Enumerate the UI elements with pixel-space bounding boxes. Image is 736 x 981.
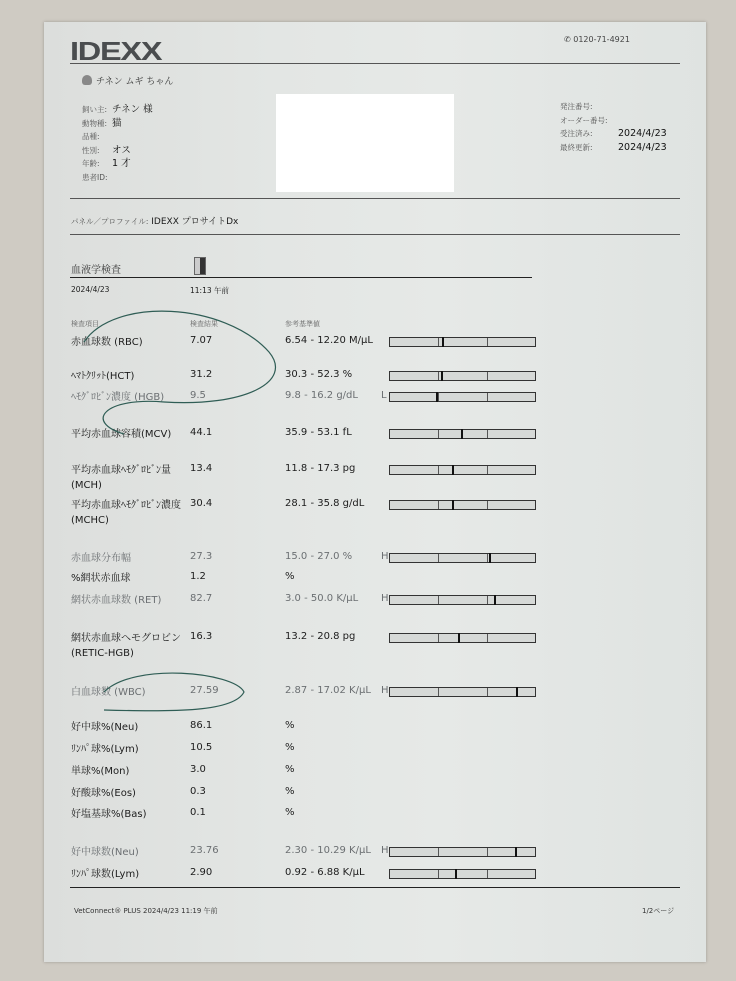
range-gauge [389,847,536,857]
range-gauge [389,429,536,439]
range-gauge [389,392,536,402]
section-time: 11:13 午前 [190,285,229,296]
info-field: 患者ID: [82,165,112,184]
range-gauge [389,869,536,879]
section-date: 2024/4/23 [71,285,109,294]
col-result: 検査結果 [190,319,218,329]
histogram-icon[interactable] [194,257,206,275]
report-page: IDEXX ✆ 0120-71-4921 チネン ムギ ちゃん 飼い主:チネン … [44,22,706,962]
divider [70,198,680,199]
range-gauge [389,337,536,347]
divider [70,277,532,278]
range-gauge [389,553,536,563]
page-number: 1/2ページ [642,906,674,916]
section-title: 血液学検査 [71,261,121,276]
range-gauge [389,687,536,697]
panel-profile: パネル／プロファイル: IDEXX プロサイトDx [71,214,238,227]
range-gauge [389,595,536,605]
range-gauge [389,633,536,643]
phone-number: ✆ 0120-71-4921 [564,35,630,44]
range-gauge [389,371,536,381]
info-field: 最終更新:2024/4/23 [560,135,667,154]
pet-name: チネン ムギ ちゃん [82,74,173,87]
cat-icon [82,75,92,85]
range-gauge [389,465,536,475]
phone-icon: ✆ [564,35,573,44]
divider [70,63,680,64]
redacted-area [276,94,454,192]
range-gauge [389,500,536,510]
divider [70,887,680,888]
col-ref: 参考基準値 [285,319,320,329]
col-item: 検査項目 [71,319,99,329]
divider [70,234,680,235]
footer-left: VetConnect® PLUS 2024/4/23 11:19 午前 [74,906,218,916]
